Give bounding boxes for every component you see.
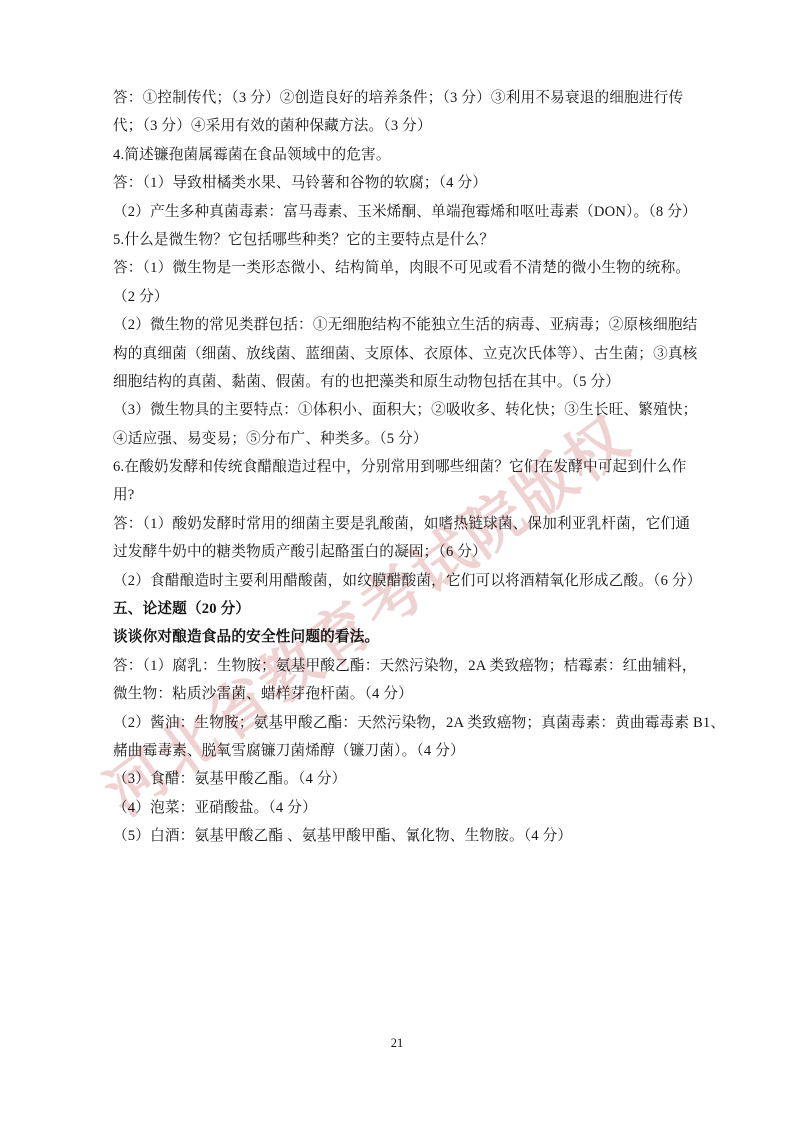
text-line: （2）微生物的常见类群包括：①无细胞结构不能独立生活的病毒、亚病毒；②原核细胞结 bbox=[113, 311, 685, 339]
text-line: 答：（1）微生物是一类形态微小、结构简单，肉眼不可见或看不清楚的微小生物的统称。 bbox=[113, 254, 685, 282]
text-line: 答：①控制传代；（3 分）②创造良好的培养条件；（3 分）③利用不易衰退的细胞进… bbox=[113, 84, 685, 112]
text-line: 6.在酸奶发酵和传统食醋酿造过程中，分别常用到哪些细菌？它们在发酵中可起到什么作 bbox=[113, 453, 685, 481]
document-body: 答：①控制传代；（3 分）②创造良好的培养条件；（3 分）③利用不易衰退的细胞进… bbox=[113, 84, 685, 851]
text-line: （2）酱油：生物胺；氨基甲酸乙酯：天然污染物，2A 类致癌物；真菌毒素：黄曲霉毒… bbox=[113, 709, 685, 737]
text-line: ④适应强、易变易；⑤分布广、种类多。（5 分） bbox=[113, 425, 685, 453]
text-line: 谈谈你对酿造食品的安全性问题的看法。 bbox=[113, 623, 685, 651]
text-line: 构的真细菌（细菌、放线菌、蓝细菌、支原体、衣原体、立克次氏体等）、古生菌；③真核 bbox=[113, 340, 685, 368]
text-line: 答：（1）酸奶发酵时常用的细菌主要是乳酸菌，如嗜热链球菌、保加利亚乳杆菌，它们通 bbox=[113, 510, 685, 538]
text-line: 过发酵牛奶中的糖类物质产酸引起酪蛋白的凝固；（6 分） bbox=[113, 538, 685, 566]
text-line: 微生物：粘质沙雷菌、蜡样芽孢杆菌。（4 分） bbox=[113, 680, 685, 708]
text-line: （3）食醋：氨基甲酸乙酯。（4 分） bbox=[113, 765, 685, 793]
text-line: 赭曲霉毒素、脱氧雪腐镰刀菌烯醇（镰刀菌）。（4 分） bbox=[113, 737, 685, 765]
text-line: 代；（3 分）④采用有效的菌种保藏方法。（3 分） bbox=[113, 112, 685, 140]
text-line: （2）产生多种真菌毒素：富马毒素、玉米烯酮、单端孢霉烯和呕吐毒素（DON）。（8… bbox=[113, 198, 685, 226]
text-line: （2）食醋酿造时主要利用醋酸菌，如纹膜醋酸菌，它们可以将酒精氧化形成乙酸。（6 … bbox=[113, 567, 685, 595]
text-line: 用? bbox=[113, 481, 685, 509]
page-number: 21 bbox=[0, 1036, 794, 1051]
text-line: （2 分） bbox=[113, 283, 685, 311]
text-line: 细胞结构的真菌、黏菌、假菌。有的也把藻类和原生动物包括在其中。（5 分） bbox=[113, 368, 685, 396]
text-line: 4.简述镰孢菌属霉菌在食品领域中的危害。 bbox=[113, 141, 685, 169]
text-line: （4）泡菜：亚硝酸盐。（4 分） bbox=[113, 794, 685, 822]
document-page: 河北省教育考试院版权 答：①控制传代；（3 分）②创造良好的培养条件；（3 分）… bbox=[0, 0, 794, 1123]
text-line: （5）白酒：氨基甲酸乙酯 、氨基甲酸甲酯、氰化物、生物胺。（4 分） bbox=[113, 822, 685, 850]
text-line: 答：（1）腐乳：生物胺；氨基甲酸乙酯：天然污染物，2A 类致癌物；桔霉素：红曲辅… bbox=[113, 652, 685, 680]
text-line: 五、论述题（20 分） bbox=[113, 595, 685, 623]
text-line: 5.什么是微生物？它包括哪些种类？它的主要特点是什么？ bbox=[113, 226, 685, 254]
text-line: 答：（1）导致柑橘类水果、马铃薯和谷物的软腐；（4 分） bbox=[113, 169, 685, 197]
text-line: （3）微生物具的主要特点：①体积小、面积大；②吸收多、转化快；③生长旺、繁殖快； bbox=[113, 396, 685, 424]
